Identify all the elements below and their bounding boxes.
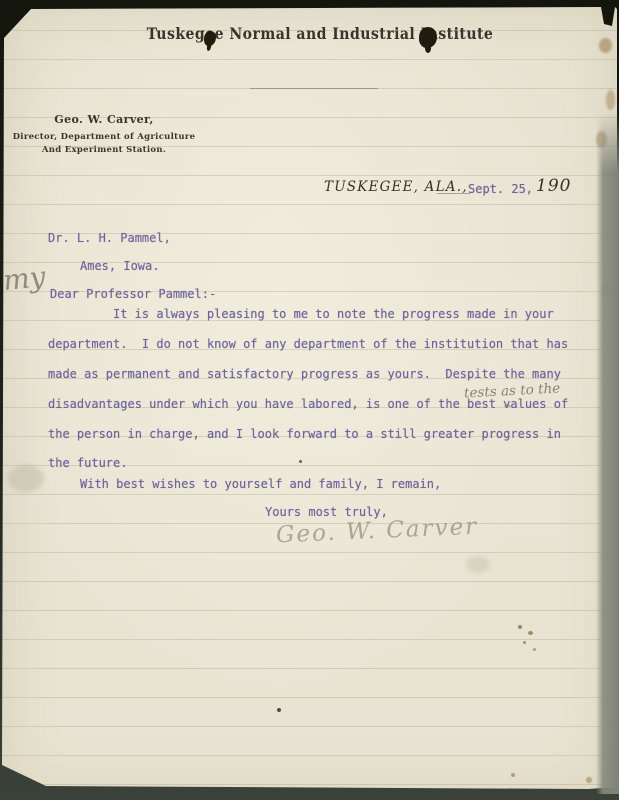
sender-name: Geo. W. Carver, bbox=[12, 113, 196, 126]
salutation: Dear Professor Pammel:- bbox=[50, 287, 216, 301]
signoff: Yours most truly, bbox=[265, 505, 388, 519]
sender-block: Geo. W. Carver, Director, Department of … bbox=[12, 113, 196, 155]
stain bbox=[606, 90, 615, 110]
valediction: With best wishes to yourself and family,… bbox=[80, 477, 441, 491]
stain bbox=[299, 460, 302, 463]
stain bbox=[599, 38, 612, 53]
stain bbox=[511, 773, 515, 777]
pencil-margin-note: my bbox=[1, 260, 47, 297]
stain bbox=[523, 641, 526, 644]
pencil-caret: ^ bbox=[503, 402, 512, 415]
letter-paper: Tuskegee Normal and Industrial Institute… bbox=[0, 0, 619, 800]
dateline-typed-date: Sept. 25, bbox=[468, 182, 533, 196]
stain bbox=[277, 708, 281, 712]
recipient-address: Ames, Iowa. bbox=[80, 259, 159, 273]
dateline-blank-rule bbox=[437, 193, 470, 194]
stain bbox=[533, 648, 536, 651]
body-line: the person in charge, and I look forward… bbox=[48, 427, 561, 441]
body-line: department. I do not know of any departm… bbox=[48, 337, 568, 351]
dateline-year-prefix: 190 bbox=[536, 176, 571, 196]
stain bbox=[528, 631, 533, 635]
stain bbox=[466, 556, 490, 573]
page-edge-strip bbox=[596, 112, 619, 794]
body-line: made as permanent and satisfactory progr… bbox=[48, 367, 561, 381]
letterhead-institution: Tuskegee Normal and Industrial Institute bbox=[147, 24, 494, 43]
scanned-letter-page: Tuskegee Normal and Industrial Institute… bbox=[0, 0, 619, 800]
stain bbox=[8, 465, 44, 492]
stain bbox=[518, 625, 522, 629]
body-line: It is always pleasing to me to note the … bbox=[113, 307, 554, 321]
body-line: the future. bbox=[48, 456, 127, 470]
stain bbox=[586, 777, 592, 783]
sender-title-line-1: Director, Department of Agriculture bbox=[12, 132, 196, 142]
sender-title-line-2: And Experiment Station. bbox=[12, 145, 196, 155]
recipient-name: Dr. L. H. Pammel, bbox=[48, 231, 171, 245]
letterhead-rule bbox=[250, 88, 378, 89]
